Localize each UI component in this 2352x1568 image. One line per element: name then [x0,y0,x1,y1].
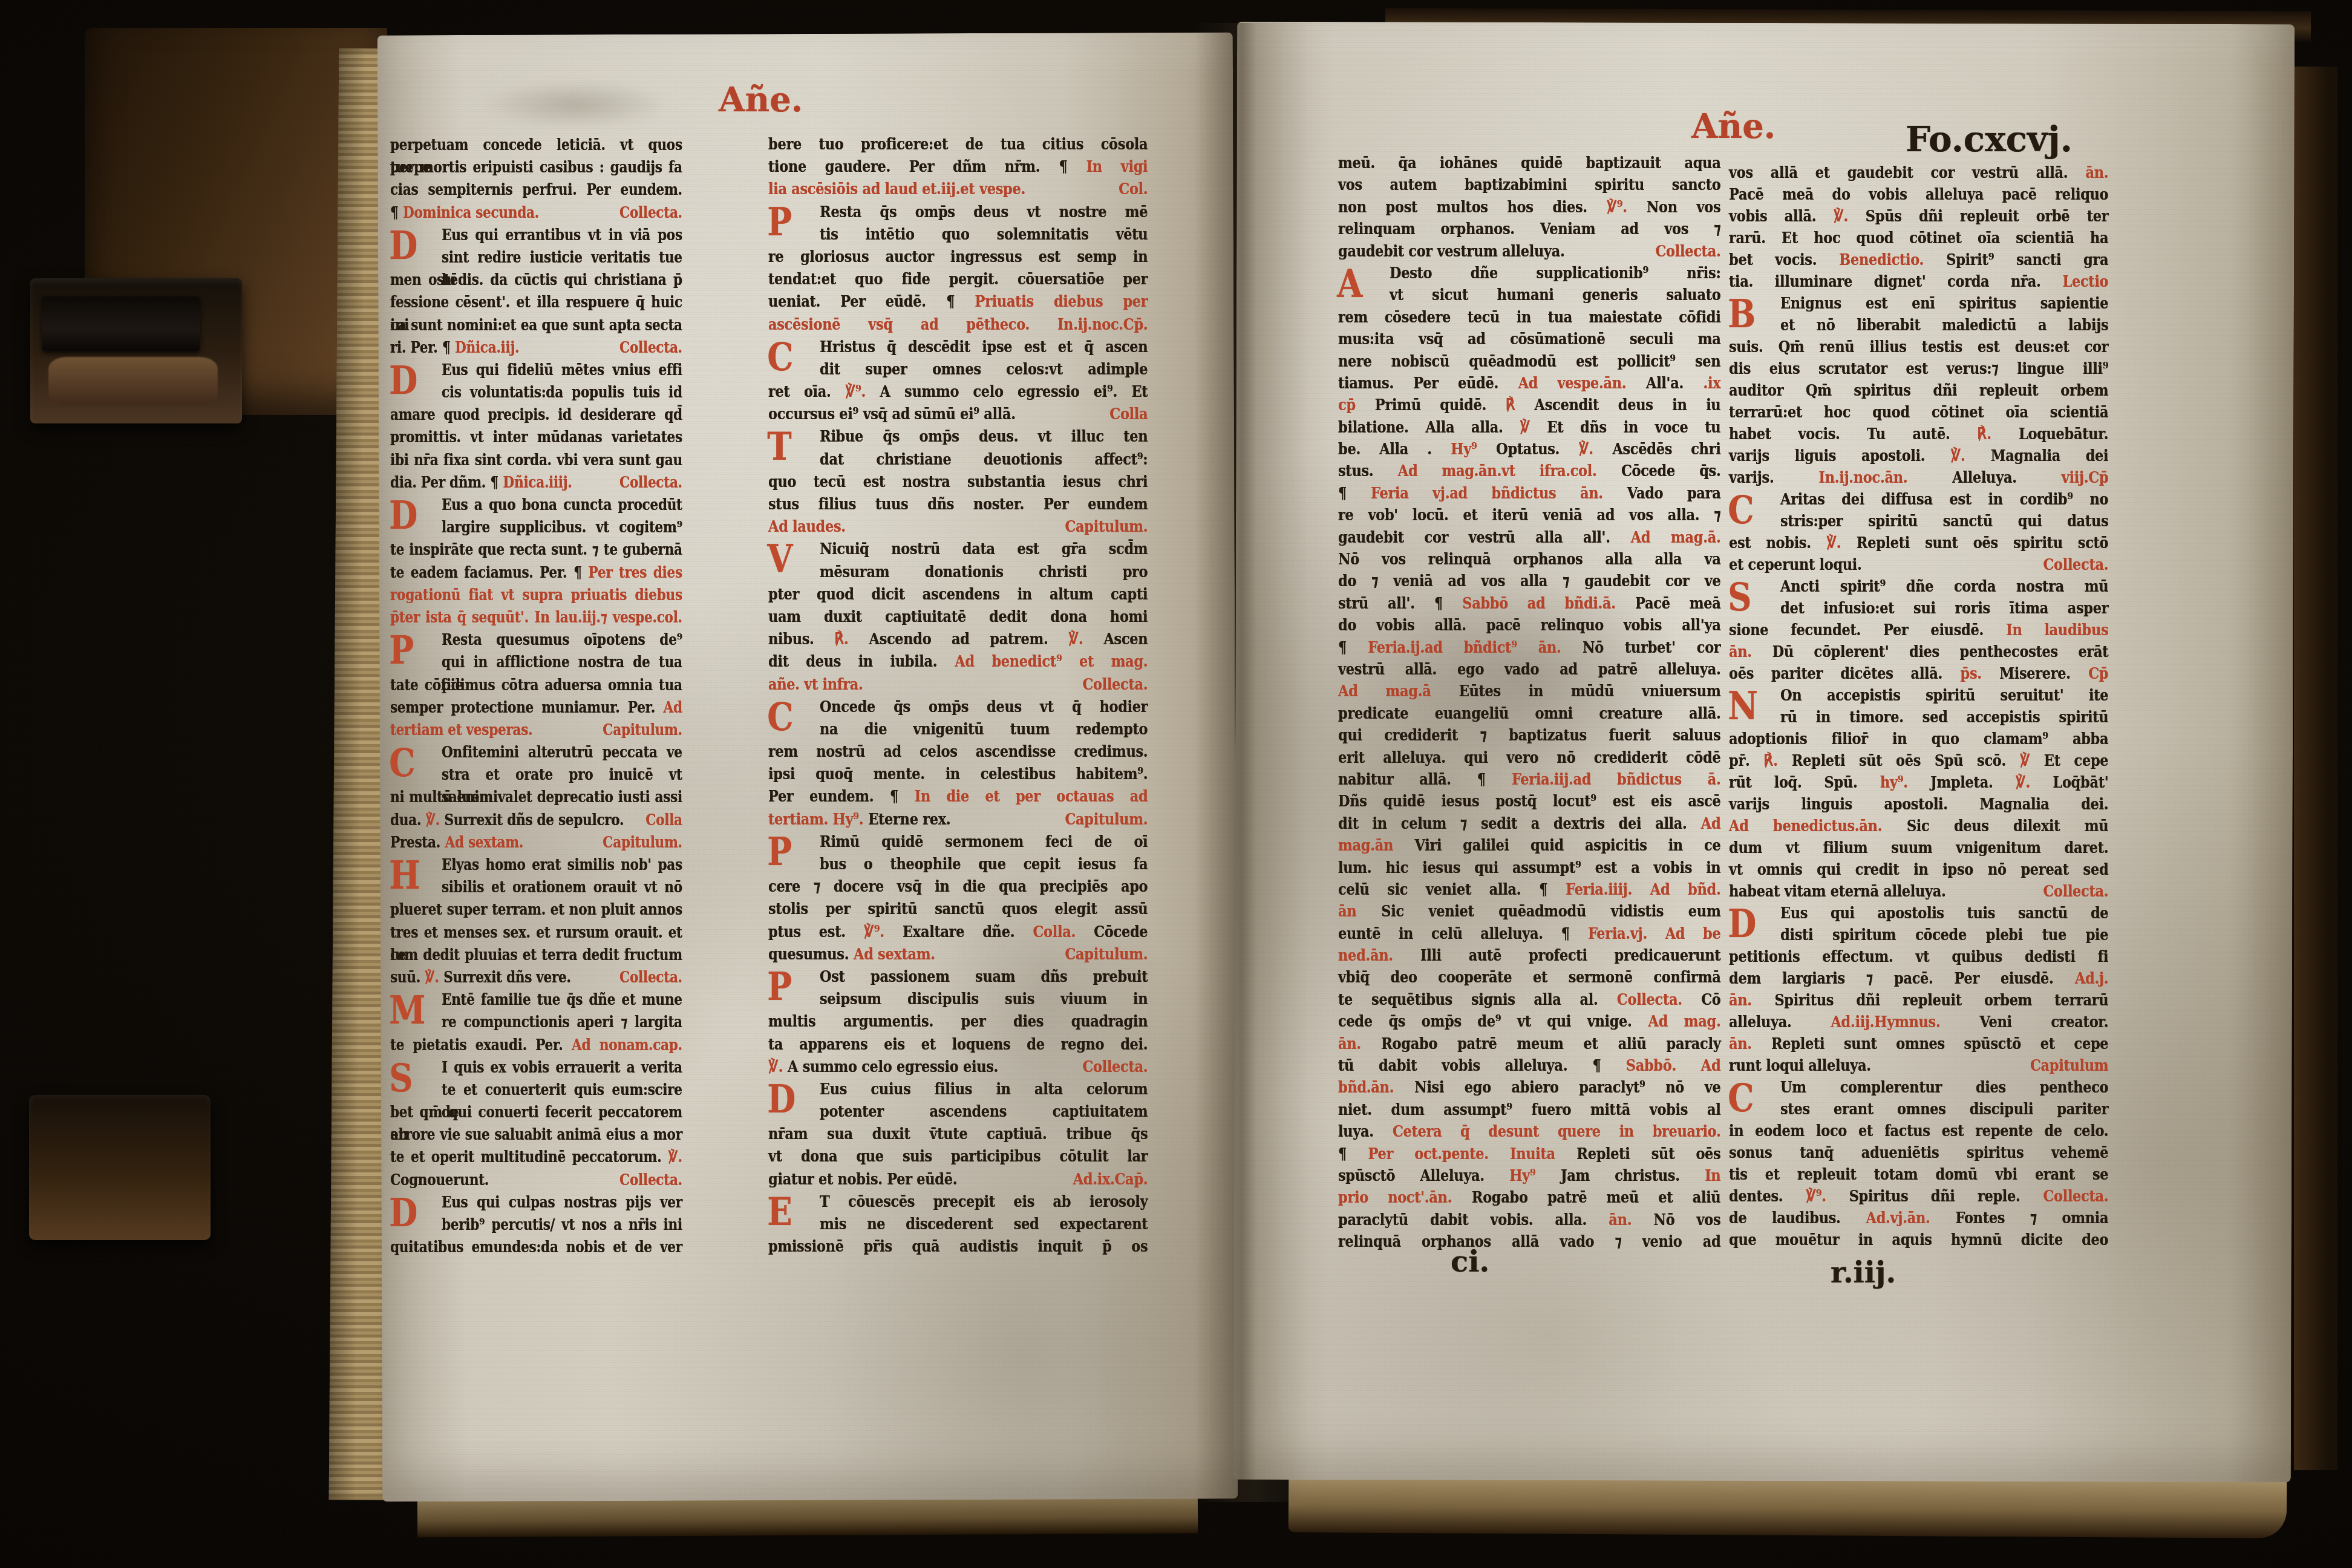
text-line: DEus qui errantibus vt in viā pos [390,224,682,247]
text-line: cede q̄s omp̄s de⁹ vt qui vnige. Ad mag. [1338,1011,1720,1033]
rubric-text: Hy⁹ [1509,1166,1535,1185]
text-line: tendat:et quo fide pergit. cōuersatiōe p… [768,268,1148,290]
body-text: sione fecundet. Per eiusdē. [1729,621,1984,639]
body-text: Primū quidē. [1375,396,1486,414]
rubric-text: Collecta. [1082,675,1148,694]
text-line: PResta q̄s omp̄s deus vt nostre mē [768,201,1148,223]
body-text: Eus a quo bona cuncta procedūt [442,496,682,514]
text-line: ibi nr̄a fixa sint corda. vbi vera sunt … [390,449,682,472]
text-line: relinquā orphanos allā vado ⁊ venio ad [1338,1231,1720,1253]
body-text: stus filius tuus dñs noster. Per eundem [768,495,1148,514]
body-text: te sequētibus signis alla al. [1338,990,1598,1009]
text-line: petitionis effectum. vt quibus dedisti f… [1729,946,2108,968]
text-line: POst passionem suam dñs prebuit [768,965,1148,988]
text-line: gaudebit cor vestrū alla all'. Ad mag.ā. [1338,527,1720,549]
body-text: Vado para [1627,484,1721,503]
rubric-text: Ad sextam. [854,945,935,964]
line-right-part: Collecta. [619,337,682,359]
body-text: bilatione. Alla alla. [1338,418,1503,437]
text-line: stris:per spiritū sanctū qui datus [1729,511,2108,532]
text-line: Ad laudes.Capitulum. [768,515,1148,538]
body-text: ¶ [442,339,450,357]
body-text: lum dedit pluuias et terra dedit fructum [390,946,682,964]
text-line: te pietatis exaudi. Per. Ad nonam.cap. [390,1034,682,1057]
text-line: CUm complerentur dies pentheco [1729,1077,2108,1099]
line-left-part: giatur et nobis. Per eūdē. [768,1168,957,1191]
rubric-text: Colla [1109,405,1148,423]
text-line: SI quis ex vobis errauerit a verita [390,1057,682,1079]
running-head-right: Añe. [1691,106,1775,146]
line-left-part: ¶ Dominica secunda. [390,202,539,224]
body-text: disti spiritum cōcede plebi tue pie [1780,926,2108,944]
text-line: dit deus in iubila. Ad benedict⁹ et mag. [768,650,1148,673]
body-text: bet vocis. [1729,250,1817,269]
body-text: Viri galilei quid aspicitis in ce [1414,836,1720,855]
text-line: mus:ita vsq̄ ad cōsūmationē seculi ma [1338,328,1720,350]
body-text: Jmpleta. [1930,773,1993,792]
line-left-part: runt loqui alleluya. [1729,1055,1871,1077]
body-text: Fontes ⁊ omnia [1955,1209,2108,1227]
text-line: CAritas dei diffusa est in cordib⁹ no [1729,489,2108,511]
rubric-text: ℣. [668,1148,682,1166]
body-text: nr̄am sua duxit v̄tute captiuā. tribue q… [768,1125,1148,1143]
rubric-text: Ad laudes. [768,517,846,536]
rubric-text: Capitulum. [603,834,682,852]
line-left-part: Cognouerunt. [390,1169,489,1192]
text-line: CHristus q̄ descēdit ipse est et q̄ asce… [768,336,1148,358]
text-line: vt omnis qui credit in ipso nō pereat se… [1729,859,2108,881]
text-line: bñd.ān. Nisi ego abiero paraclyt⁹ nō ve [1338,1077,1720,1099]
body-text: ¶ [491,474,498,492]
body-text: adoptionis filior̄ in quo clamam⁹ abba [1729,730,2108,748]
text-line: ān. Rogabo patrē meum et aliū paracly [1338,1033,1720,1055]
folio-number: Fo.cxcvj. [1906,119,2073,160]
body-text: Spūs dñi repleuit orbē ter [1866,207,2108,226]
rubric-text: ℣. [768,1057,783,1076]
rubric-text: ℣⁹. [1806,1187,1826,1206]
text-line: ān. Repleti sunt omnes spūsctō et cepe [1729,1033,2108,1055]
body-text: varijs. [1729,468,1774,487]
body-text: te et operit multitudinē peccatorum. [390,1148,661,1166]
body-text: vt dona que suis participibus cōtulit la… [768,1147,1148,1166]
body-text: ca sunt nomini:et ea que sunt apta secta [390,316,682,335]
quire-signature-riij: r.iij. [1831,1256,1896,1290]
body-text: ibi nr̄a fixa sint corda. vbi vera sunt … [390,451,682,469]
body-text: quesumus. [768,945,849,964]
rubric-text: Ad [663,699,682,717]
text-line: vos allā et gaudebit cor vestrū allā. ān… [1729,162,2108,184]
rubric-text: Sabbō ad bñdi.ā. [1462,594,1616,613]
body-text: tate cōfidimus cōtra aduersa omnia tua [390,676,682,694]
body-text: Hristus q̄ descēdit ipse est et q̄ ascen [820,338,1148,356]
body-text: de laudibus. [1729,1209,1841,1227]
text-line: oēs pariter dicētes allā. p̄s. Miserere.… [1729,663,2108,685]
body-text: mēsuram donationis christi pro [820,563,1148,581]
text-line: ca sunt nomini:et ea que sunt apta secta [390,315,682,337]
body-text: te pietatis exaudi. Per. [390,1036,563,1054]
body-text: habeat vitam eternā alleluya. [1729,882,1946,901]
rubric-text: ℣. [1826,534,1841,552]
body-text: rem cōsedere tecū in tua maiestate cōfid… [1338,308,1720,327]
text-column-right-page-1: meū. q̄a iohānes quidē baptizauit aquavo… [1338,152,1720,1253]
body-text: runt loqui alleluya. [1729,1056,1871,1075]
text-line: cp̄ Primū quidē. ℟ Ascendit deus in iu [1338,394,1720,416]
body-text: stris:per spiritū sanctū qui datus [1780,512,2108,531]
text-line: do vobis allā. pacē relinquo vobis all'y… [1338,615,1720,636]
rubric-text: Hy⁹ [1451,440,1477,459]
rubric-text: Sabbō. Ad [1626,1056,1721,1075]
text-line: meū. q̄a iohānes quidē baptizauit aqua [1338,152,1720,174]
body-text: et ceperunt loqui. [1729,555,1862,574]
text-line: cis voluntatis:da populis tuis id [390,382,682,404]
body-text: paraclytū dabit vobis. alla. [1338,1210,1587,1229]
text-line: runt loqui alleluya.Capitulum [1729,1055,2108,1077]
text-line: ta apparens eis et loquens de regno dei. [768,1033,1148,1056]
rubric-text: Feria.iiij. Ad bñd. [1566,880,1720,899]
text-line: perpetuam concede leticiā. vt quos perpe [390,134,682,157]
text-line: ¶ Feria.ij.ad bñdict⁹ ān. Nō turbet' cor [1338,637,1720,659]
line-right-part: Collecta. [2043,554,2108,576]
text-line: vbiq̄ deo cooperāte et sermonē confirmā [1338,967,1720,988]
body-text: vestrū allā. ego vado ad patrē alleluya. [1338,660,1720,679]
body-text: Onfitemini alterutrū peccata ve [442,743,682,762]
body-text: nabitur allā. [1338,770,1451,789]
text-line: men ostēdis. da cūctis qui christiana p̄ [390,269,682,292]
body-text: tis et repleuit totam domū vbi erant se [1729,1165,2108,1184]
text-line: luya. Cetera q̄ desunt quere in breuario… [1338,1121,1720,1143]
body-text: ¶ [573,564,581,582]
body-text: suū. [390,969,420,987]
text-line: ¶ Dominica secunda.Collecta. [390,202,682,224]
text-line: bere tuo proficere:et de tua citius cōso… [768,133,1148,155]
text-line: de laudibus. Ad.vj.ān. Fontes ⁊ omnia [1729,1207,2108,1229]
text-line: varijs liguis apostoli. ℣. Magnalia dei [1729,445,2108,467]
rubric-text: In lau.iij.⁊ vespe.col. [534,609,682,627]
body-text: dia. Per dñm. [390,474,486,492]
rubric-text: ℟. [1764,751,1778,770]
rubric-text: ℣. [1068,630,1083,648]
rubric-text: Collecta. [619,204,682,222]
body-text: stolis per spiritū sanctū quos elegit as… [768,900,1148,918]
body-text: Jam christus. [1561,1166,1680,1185]
body-text: suis. Qm̄ renū illius testis est deus:et… [1729,338,2108,356]
rubric-text: Priuatis diebus per [975,292,1148,311]
text-line: bus o theophile que cepit iesus fa [768,853,1148,875]
body-text: On accepistis spiritū seruitut' ite [1780,686,2108,705]
body-text: ¶ [1338,484,1347,503]
rubric-text: prio noct'.ān. [1338,1188,1452,1207]
line-right-part: Collecta. [1082,673,1148,696]
line-right-part: Collecta. [2043,881,2108,903]
text-line: PResta quesumus oīpotens de⁹ [390,629,682,652]
body-text: uam duxit captiuitatē dedit dona homi [768,607,1148,626]
rubric-text: Collecta. [1617,990,1682,1009]
line-left-part: ri. Per. ¶ Dñica.iij. [390,337,519,359]
text-line: ān. Spiritus dñi repleuit orbem terrarū [1729,990,2108,1011]
text-line: habet vocis. Tu autē. ℟. Loquebātur. [1729,423,2108,445]
line-left-part: suū. ℣. Surrexit dñs vere. [390,967,571,989]
text-line: te inspirāte que recta sunt. ⁊ te gubern… [390,539,682,561]
rubric-text: Capitulum. [1065,945,1148,964]
body-text: potenter ascendens captiuitatem [820,1102,1148,1121]
body-text: ni multū enim valet deprecatio iusti ass… [390,788,682,806]
line-right-part: Col. [1119,178,1148,200]
text-line: vestrū allā. ego vado ad patrē alleluya. [1338,659,1720,681]
rubric-text: ℣. [1579,440,1593,459]
body-text: alleluya. [1729,1013,1791,1031]
rubric-text: Collecta. [2043,555,2108,574]
body-text: que mouētur in aquis hymnū dicite deo [1729,1230,2108,1249]
text-line: vobis allā. ℣. Spūs dñi repleuit orbē te… [1729,206,2108,227]
text-line: VNicuiq̄ nostrū data est gr̄a scd̄m [768,538,1148,560]
body-text: vobis allā. [1729,207,1816,226]
body-text: re vob' locū. et iterū veniā ad vos alla… [1338,506,1720,524]
text-line: te eadem faciamus. Per. ¶ Per tres dies [390,562,682,584]
body-text: petitionis effectum. vt quibus dedisti f… [1729,947,2108,966]
body-text: Cōcede q̄s. [1621,462,1720,480]
rubric-text: Ad mag.ān.vt ifra.col. [1398,462,1597,480]
body-text: Enignus est enī spiritus sapientie [1780,294,2108,313]
text-line: COncede q̄s omp̄s deus vt q̄ hodier [768,696,1148,718]
body-text: niet. dum assumpt⁹ fuero mittā vobis al [1338,1100,1720,1119]
text-line: dum vt filium suum vnigenitum daret. [1729,837,2108,859]
line-right-part: Collecta. [1082,1056,1148,1078]
rubric-text: Ad benedict⁹ et mag. [955,652,1148,671]
body-text: mis ne discederent sed expectarent [820,1215,1148,1233]
body-text: cis voluntatis:da populis tuis id [442,384,682,402]
text-line: te et operit multitudinē peccatorum. ℣. [390,1146,682,1169]
text-line: rem cōsedere tecū in tua maiestate cōfid… [1338,307,1720,328]
text-line: tia. illuminare dignet' corda nr̄a. Lect… [1729,271,2108,293]
body-text: vos autem baptizabimini spiritu sancto [1338,175,1720,194]
body-text: do ⁊ veniā ad vos alla ⁊ gaudebit cor ve [1338,572,1720,590]
text-line: ℣. A summo celo egressio eius.Collecta. [768,1056,1148,1078]
line-left-part: gaudebit cor vestrum alleluya. [1338,241,1565,263]
body-text: rem nostrū ad celos ascendisse credimus. [768,742,1148,761]
body-text: tione gaudere. Per dñm nr̄m. [768,157,1040,176]
text-line: est nobis. ℣. Repleti sunt oēs spiritu s… [1729,532,2108,554]
body-text: tendat:et quo fide pergit. cōuersatiōe p… [768,270,1148,289]
body-text: Nicuiq̄ nostrū data est gr̄a scd̄m [820,540,1148,558]
body-text: varijs liguis apostoli. [1729,446,1925,465]
text-line: in eodem loco et factus est repente de c… [1729,1120,2108,1142]
body-text: Eus qui errantibus vt in viā pos [442,226,682,244]
text-line: sint redire iusticie veritatis tue lu [390,247,682,269]
text-line: dis eius scrutator est verus:⁊ lingue il… [1729,358,2108,380]
body-text: Surrexit dñs vere. [443,969,570,987]
body-text: Cō [1701,990,1720,1009]
rubric-text: ℣⁹. [864,923,884,941]
text-line: sibilis et orationem orauit vt nō [390,877,682,899]
text-line: ADesto dñe supplicationib⁹ nr̄is: [1338,263,1720,284]
line-left-part: dua. ℣. Surrexit dñs de sepulcro. [390,809,624,832]
text-line: nr̄am sua duxit v̄tute captiuā. tribue q… [768,1123,1148,1145]
body-text: Nisi ego abiero paraclyt⁹ nō ve [1414,1078,1720,1097]
rubric-text: Col. [1119,180,1148,198]
rubric-text: Ad mag.ā. [1631,528,1721,547]
rubric-text: Collecta. [619,474,682,492]
body-text: Surrexit dñs de sepulcro. [444,811,624,829]
body-text: be. Alla . [1338,440,1432,459]
body-text: Optatus. [1496,440,1560,459]
right-board-fore-edge [2294,67,2337,1470]
text-line: predicate euangeliū omni creature allā. [1338,703,1720,725]
text-line: vt dona que suis participibus cōtulit la… [768,1145,1148,1168]
rubric-text: Collecta. [2043,882,2108,901]
text-line: ān. Dū cōplerent' dies penthecostes erāt [1729,641,2108,663]
body-text: oēs pariter dicētes allā. [1729,664,1942,683]
body-text: cias sempiternis perfrui. Per eundem. [390,181,682,199]
text-line: disti spiritum cōcede plebi tue pie [1729,924,2108,946]
body-text: dentes. [1729,1187,1783,1206]
body-text: Ascendo ad patrem. [869,630,1048,648]
rubric-text: Ad.vj.ān. [1866,1209,1930,1227]
body-text: semper protectione muniamur. Per. [390,699,655,717]
body-text: Ascen [1103,630,1148,648]
text-line: berib⁹ percutis/ vt nos a nr̄is ini [390,1214,682,1236]
body-text: pter quod dicit ascendens in altum capti [768,585,1148,604]
line-right-part: Capitulum. [1065,515,1148,538]
body-text: rū in timore. sed accepistis spiritū [1780,708,2108,727]
body-text: I quis ex vobis errauerit a verita [442,1059,682,1077]
text-line: rū in timore. sed accepistis spiritū [1729,707,2108,728]
body-text: non post multos hos dies. [1338,198,1587,217]
clasp-strap-bottom [29,1095,211,1240]
body-text: ret oīa. [768,382,831,401]
body-text: Eterne rex. [868,810,950,829]
body-text: Repleti sunt omnes spūsctō et cepe [1771,1034,2108,1053]
text-column-left-page-2: bere tuo proficere:et de tua citius cōso… [768,133,1148,1258]
text-line: Presta. Ad sextam.Capitulum. [390,832,682,854]
text-line: non post multos hos dies. ℣⁹. Non vos [1338,197,1720,218]
body-text: Illi autē profecti predicauerunt [1420,946,1720,965]
body-text: Alleluya. [1952,468,2016,487]
text-line: Cognouerunt.Collecta. [390,1169,682,1192]
text-line: fessione cēsent'. et illa respuere q̄ hu… [390,292,682,314]
rubric-text: p̄s. [1961,664,1982,683]
body-text: Pacē meā [1635,594,1720,613]
body-text: ptus est. [768,923,846,941]
body-text: in eodem loco et factus est repente de c… [1729,1122,2108,1140]
body-text: meū. q̄a iohānes quidē baptizauit aqua [1338,154,1720,172]
body-text: stus. [1338,462,1373,480]
clasp-leather-remnant [48,357,218,405]
rubric-text: Collecta. [619,969,682,987]
text-line: qui crediderit ⁊ baptizatus fuerit saluu… [1338,725,1720,746]
body-text: vt sicut humani generis saluato [1390,286,1720,304]
text-line: Ad mag.ā Eūtes in mūdū vniuersum [1338,681,1720,702]
rubric-text: ān. [1729,642,1752,661]
body-text: ¶ [1338,1145,1347,1163]
rubric-text: ℣. [1834,207,1848,226]
rubric-text: Dñica.iij. [455,339,519,357]
text-line: suū. ℣. Surrexit dñs vere.Collecta. [390,967,682,989]
body-text: stes erant omnes discipuli pariter [1780,1100,2108,1119]
rubric-text: lia ascēsiōis ad laud et.iij.et vespe. [768,180,1025,198]
body-text: Presta. [390,834,440,852]
text-line: BEnignus est enī spiritus sapientie [1729,293,2108,315]
rubric-text: .ix [1704,374,1721,393]
rubric-text: ℣. [2016,773,2030,792]
line-left-part: dia. Per dñm. ¶ Dñica.iiij. [390,472,572,494]
body-text: relinquam orphanos. Veniam ad vos ⁊ [1338,220,1720,238]
text-line: dat christiane deuotionis affect⁹: [768,448,1148,471]
text-line: NOn accepistis spiritū seruitut' ite [1729,685,2108,707]
text-line: re compunctionis aperi ⁊ largita [390,1011,682,1034]
text-line: quesumus. Ad sextam.Capitulum. [768,943,1148,965]
body-text: det infusio:et sui roris ītima asper [1780,599,2108,618]
text-line: lum. hic iesus qui assumpt⁹ est a vobis … [1338,857,1720,879]
text-line: rarū. Et hoc quod cōtinet oīa scientiā h… [1729,227,2108,249]
text-line: bet vocis. Benedictio. Spirit⁹ sancti gr… [1729,249,2108,271]
body-text: Dū cōplerent' dies penthecostes erāt [1772,642,2109,661]
text-line: celū sic veniet alla. ¶ Feria.iiij. Ad b… [1338,879,1720,901]
rubric-text: Dñica.iiij. [503,474,572,492]
body-text: dis eius scrutator est verus:⁊ lingue il… [1729,359,2108,378]
rubric-text: bñd.ān. [1338,1078,1394,1097]
line-left-part: tertiam. Hy⁹. Eterne rex. [768,808,950,831]
text-line: auditor Qm̄ spiritus dñi repleuit orbem [1729,380,2108,402]
line-right-part: Collecta. [619,967,682,989]
line-right-part: Collecta. [619,1169,682,1192]
rubric-text: Ad benedictus.ān. [1729,817,1882,835]
body-text: ¶ [1592,1056,1601,1075]
rubric-text: tertiam et vesperas. [390,721,532,739]
body-text: Magnalia dei [1991,446,2109,465]
body-text: Non vos [1647,198,1721,217]
text-line: rūt loq̄. Spū. hy⁹. Jmpleta. ℣. Loq̄bāt' [1729,772,2108,794]
text-line: euntē in celū alleluya. ¶ Feria.vj. Ad b… [1338,923,1720,945]
body-text: vbiq̄ deo cooperāte et sermonē confirmā [1338,968,1720,987]
rubric-text: Ad.iij.Hymnus. [1831,1013,1940,1031]
text-column-right-page-2: vos allā et gaudebit cor vestrū allā. ān… [1729,162,2108,1251]
body-text: Eus qui fideliū mētes vnius effi [442,361,682,379]
clasp-strap-top [30,278,242,423]
body-text: Et dñs in voce tu [1547,418,1720,437]
text-line: stus. Ad mag.ān.vt ifra.col. Cōcede q̄s. [1338,460,1720,482]
rubric-text: ān. [1729,1034,1752,1053]
rubric-text: ℟. [1978,425,1991,443]
rubric-text: mag.ān [1338,836,1393,855]
text-line: qui in afflictione nostra de tua pie [390,652,682,674]
body-text: terrarū:et hoc quod cōtinet oīa scientiā [1729,403,2108,422]
body-text: Eus cuius filius in alta celorum [820,1080,1148,1099]
text-line: ipsi quoq̄ mente. in celestibus habitem⁹… [768,763,1148,785]
body-text: T cōuescēs precepit eis ab ierosoly [820,1192,1148,1211]
text-line: amare quod precipis. id desiderare qd̄ [390,404,682,426]
text-line: promittis. vt inter mūdanas varietates [390,426,682,449]
rubric-text: In die et per octauas ad [915,787,1148,806]
text-line: pmissionē pr̄is quā audistis inquit p̄ o… [768,1235,1148,1258]
body-text: tue mortis eripuisti casibus : gaudijs f… [390,158,682,177]
text-line: tis et repleuit totam domū vbi erant se [1729,1164,2108,1186]
rubric-text: Collecta. [1656,242,1721,261]
text-line: re gloriosus auctor ingressus est semp i… [768,246,1148,268]
text-line: ptus est. ℣⁹. Exaltare dñe. Colla. Cōced… [768,921,1148,943]
body-text: Ascēdēs chri [1612,440,1720,459]
body-text: dit deus in iubila. [768,652,937,671]
text-line: te et conuerterit quis eum:scire de [390,1079,682,1102]
text-line: Dñs quidē iesus postq̄ locut⁹ est eis as… [1338,791,1720,812]
text-line: tis intētio quo solemnitatis vētu [768,223,1148,246]
text-line: Pacē meā do vobis alleluya pacē reliquo [1729,184,2108,206]
text-line: adoptionis filior̄ in quo clamam⁹ abba [1729,728,2108,750]
rubric-text: Dominica secunda. [403,204,539,222]
body-text: Nō vos relinquā orphanos alla alla va [1338,550,1720,569]
rubric-text: ān. [2086,163,2109,182]
text-line: multis argumentis. per dies quadragin [768,1010,1148,1033]
line-right-part: Capitulum. [603,719,682,742]
